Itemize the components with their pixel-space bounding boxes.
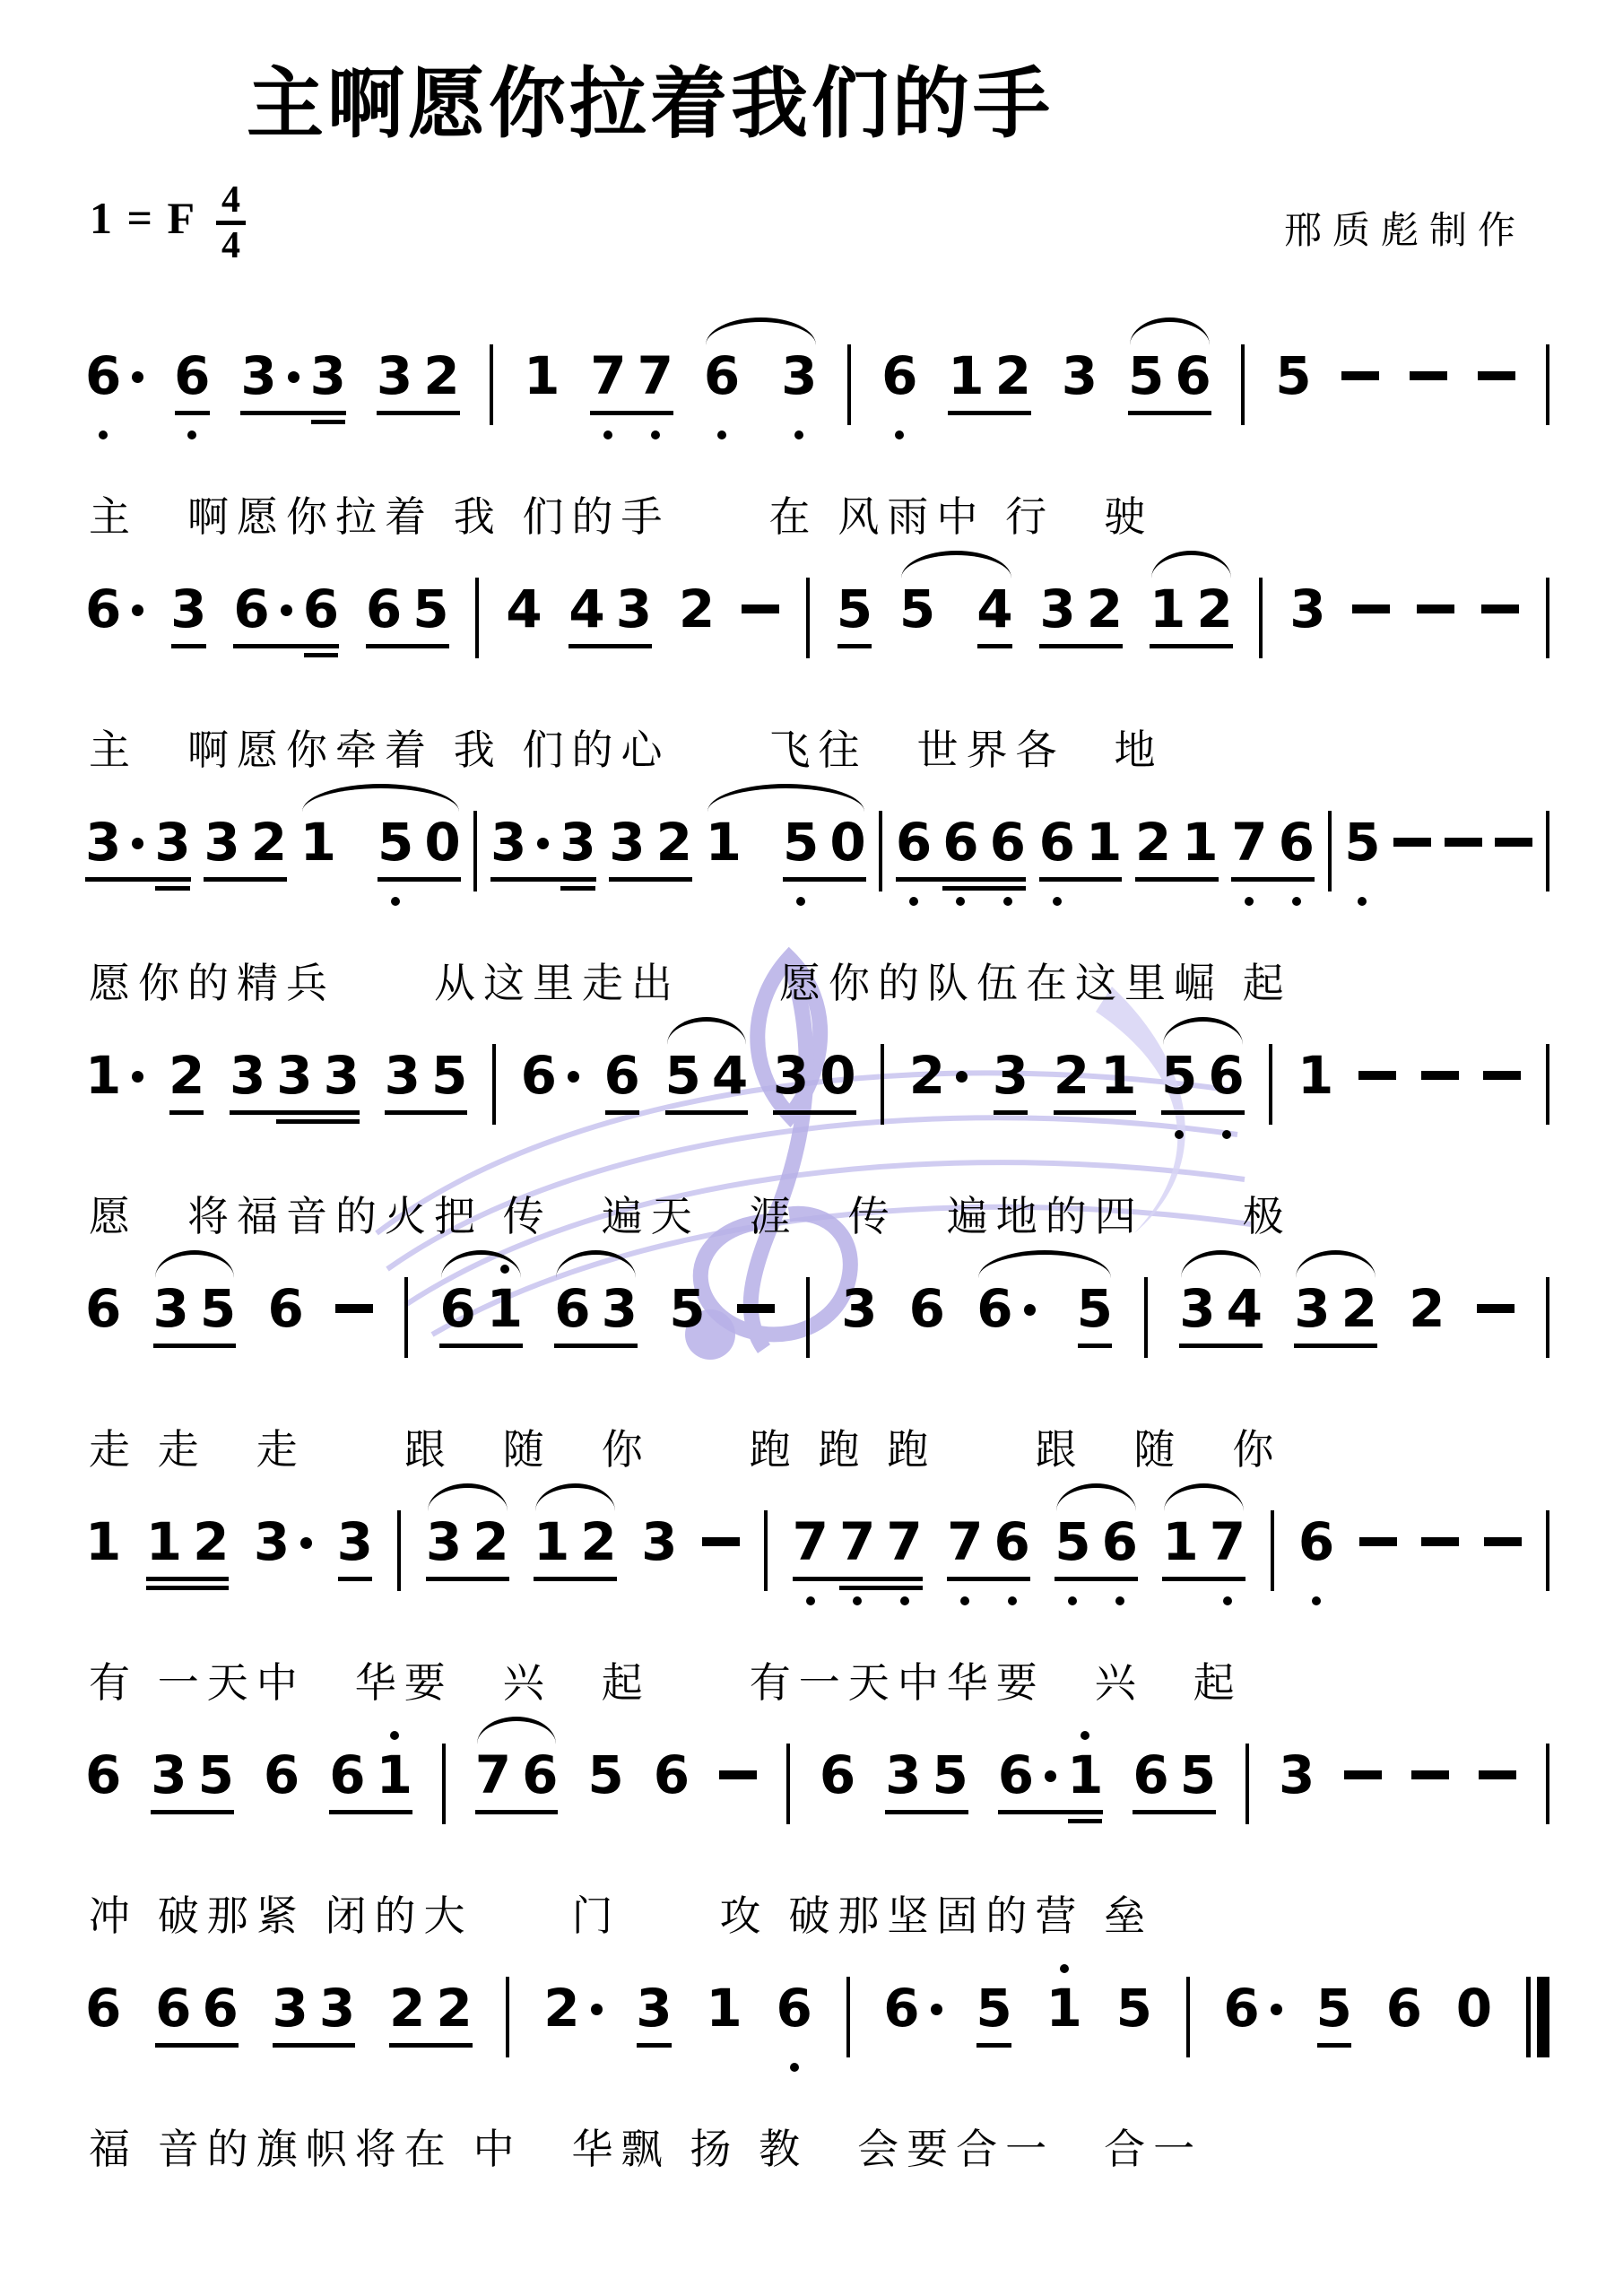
note-digit: 6 <box>303 581 339 637</box>
barline <box>879 811 882 891</box>
note-digit: 3 <box>153 1281 189 1336</box>
composer-credit: 邢质彪制作 <box>1284 201 1526 255</box>
time-signature: 4 4 <box>216 181 246 265</box>
underline <box>385 1110 468 1115</box>
note-digit: 4 <box>976 581 1012 637</box>
barline <box>475 578 479 658</box>
lyrics-line: 冲 破那紧 闭的大 门 攻 破那坚固的营 垒 <box>85 1883 1549 1943</box>
underline <box>998 1810 1104 1814</box>
barline <box>1144 1277 1148 1358</box>
underline <box>1179 1344 1263 1348</box>
beam-group: 21 <box>1135 814 1219 870</box>
slur-arc <box>1151 551 1231 578</box>
barline <box>1271 1510 1274 1591</box>
note: 6 <box>896 814 932 870</box>
underline <box>554 1344 638 1348</box>
slur-arc <box>1296 1250 1376 1278</box>
note: 3 <box>240 348 299 404</box>
note-digit: 2 <box>251 814 287 870</box>
note-digit: 3 <box>85 814 121 870</box>
barline <box>492 1044 496 1125</box>
note-digit: 7 <box>475 1747 511 1803</box>
barline <box>1328 811 1332 891</box>
octave-dot-high <box>1081 1731 1089 1740</box>
augmentation-dot <box>1024 1304 1036 1316</box>
double-underline <box>560 886 595 891</box>
note: 6 <box>1223 1980 1281 2036</box>
note: 3 <box>560 814 595 870</box>
beam-group: 56 <box>1161 1048 1245 1103</box>
note: 1 <box>524 348 560 404</box>
note: 5 <box>200 1281 236 1336</box>
barline <box>1546 1277 1549 1358</box>
duration-dash <box>1478 371 1515 380</box>
barline <box>1546 344 1549 425</box>
note-digit: 6 <box>776 1980 811 2036</box>
note: 1 <box>1162 1514 1198 1570</box>
note-digit: 5 <box>1116 1980 1152 2036</box>
note: 3 <box>310 348 346 404</box>
note-digit: 3 <box>1179 1281 1215 1336</box>
note-digit: 1 <box>1067 1747 1103 1803</box>
note-digit: 7 <box>590 348 626 404</box>
note: 6 <box>85 1281 121 1336</box>
music-line: 635661635366534322走 走 走 跟 随 你 跑 跑 跑 跟 随 … <box>85 1248 1549 1482</box>
note: 5 <box>1180 1747 1216 1803</box>
double-underline <box>942 886 1026 891</box>
octave-dot-low <box>1053 897 1062 906</box>
beam-group: 33 <box>490 814 596 870</box>
beam-group: 65 <box>366 581 449 637</box>
note: 4 <box>568 581 604 637</box>
note-digit: 6 <box>704 348 740 404</box>
beam-group: 54 <box>899 581 1013 637</box>
time-signature-numerator: 4 <box>216 181 246 225</box>
note: 6 <box>554 1281 590 1336</box>
beam-group: 17 <box>1162 1514 1245 1570</box>
note-digit: 5 <box>1275 348 1311 404</box>
note: 5 <box>198 1747 234 1803</box>
augmentation-dot <box>281 604 292 616</box>
note: 5 <box>1344 814 1380 870</box>
underline <box>1317 2043 1351 2048</box>
note: 2 <box>1087 581 1123 637</box>
note: 6 <box>521 1048 579 1103</box>
duration-dash <box>1344 1770 1382 1779</box>
note: 7 <box>947 1514 983 1570</box>
octave-dot-low <box>1292 897 1301 906</box>
note: 6 <box>439 1281 475 1336</box>
note-digit: 3 <box>1039 581 1075 637</box>
underline <box>175 411 209 415</box>
note-digit: 3 <box>560 814 595 870</box>
note-digit: 1 <box>524 348 560 404</box>
note: 6 <box>85 581 143 637</box>
duration-dash <box>1359 1537 1397 1546</box>
note: 5 <box>1316 1980 1352 2036</box>
note: 6 <box>1279 814 1315 870</box>
note-digit: 2 <box>580 1514 616 1570</box>
note-digit: 5 <box>1077 1281 1113 1336</box>
note-digit: 3 <box>385 1048 421 1103</box>
note: 6 <box>202 1980 238 2036</box>
barline <box>1245 1744 1249 1824</box>
note-digit: 3 <box>781 348 817 404</box>
note-digit: 6 <box>233 581 269 637</box>
barline <box>1546 811 1549 891</box>
notes-row: 11233321237777656176 <box>85 1482 1549 1650</box>
duration-dash <box>1481 604 1519 613</box>
barline <box>764 1510 768 1591</box>
note-digit: 3 <box>1294 1281 1330 1336</box>
note: 1 <box>534 1514 569 1570</box>
beam-group: 35 <box>151 1747 234 1803</box>
augmentation-dot <box>568 1071 579 1083</box>
note: 7 <box>1210 1514 1245 1570</box>
beam-group: 32 <box>204 814 287 870</box>
augmentation-dot <box>537 838 549 849</box>
underline <box>1078 1344 1112 1348</box>
note-digit: 0 <box>820 1048 855 1103</box>
duration-dash <box>1411 1770 1449 1779</box>
note-digit: 1 <box>1150 581 1185 637</box>
note: 2 <box>1135 814 1171 870</box>
note-digit: 1 <box>85 1514 121 1570</box>
underline <box>1135 877 1219 882</box>
note-digit: 6 <box>994 1514 1030 1570</box>
note: 6 <box>776 1980 811 2036</box>
double-underline <box>839 1586 923 1590</box>
note-digit: 6 <box>942 814 978 870</box>
octave-dot-low <box>796 897 805 906</box>
beam-group: 76 <box>475 1747 559 1803</box>
note: 5 <box>412 581 448 637</box>
note: 5 <box>932 1747 968 1803</box>
underline <box>1039 877 1123 882</box>
note-digit: 3 <box>490 814 526 870</box>
note: 6 <box>1133 1747 1168 1803</box>
double-underline <box>276 1119 360 1124</box>
octave-dot-low <box>1003 897 1012 906</box>
note: 6 <box>1298 1514 1334 1570</box>
note-digit: 1 <box>948 348 984 404</box>
note-digit: 6 <box>998 1747 1034 1803</box>
octave-dot-low <box>1008 1596 1017 1605</box>
note-digit: 6 <box>820 1747 855 1803</box>
octave-dot-low <box>717 430 726 439</box>
note-digit: 3 <box>230 1048 265 1103</box>
barline <box>1259 578 1263 658</box>
underline <box>1039 644 1123 648</box>
underline <box>439 1344 523 1348</box>
note-digit: 0 <box>829 814 865 870</box>
slur-arc <box>1130 317 1210 345</box>
note-digit: 2 <box>543 1980 579 2036</box>
beam-group: 34 <box>1179 1281 1263 1336</box>
music-line: 333215033321506666121765愿你的精兵 从这里走出 愿你的队… <box>85 782 1549 1015</box>
underline <box>637 2043 671 2048</box>
barline <box>1546 1510 1549 1591</box>
barline <box>846 1977 850 2057</box>
note-digit: 1 <box>377 1747 412 1803</box>
augmentation-dot <box>132 604 143 616</box>
note-digit: 6 <box>990 814 1026 870</box>
notes-row: 12333356654302321561 <box>85 1015 1549 1184</box>
augmentation-dot <box>931 2004 942 2015</box>
note: 3 <box>230 1048 265 1103</box>
note-digit: 6 <box>1039 814 1075 870</box>
note-digit: 3 <box>324 1048 360 1103</box>
beam-group: 61 <box>998 1747 1104 1803</box>
note: 1 <box>300 814 336 870</box>
note: 6 <box>155 1980 191 2036</box>
octave-dot-low <box>1245 897 1254 906</box>
note-digit: 3 <box>276 1048 312 1103</box>
note-digit: 3 <box>1289 581 1325 637</box>
underline <box>994 1110 1028 1115</box>
note: 1 <box>1100 1048 1136 1103</box>
beam-group: 333 <box>230 1048 360 1103</box>
beam-group: 63 <box>554 1281 638 1336</box>
note: 3 <box>490 814 549 870</box>
beam-group: 66 <box>942 814 1026 870</box>
note-digit: 0 <box>1456 1980 1492 2036</box>
note: 3 <box>85 814 143 870</box>
double-underline <box>146 1586 230 1590</box>
note: 1 <box>1046 1980 1081 2036</box>
underline <box>885 1810 968 1814</box>
underline <box>230 1110 360 1115</box>
note-digit: 2 <box>909 1048 945 1103</box>
note: 6 <box>85 1747 121 1803</box>
note: 6 <box>1386 1980 1422 2036</box>
note: 6 <box>267 1281 303 1336</box>
beam-group: 30 <box>773 1048 856 1103</box>
beam-group: 63 <box>704 348 818 404</box>
underline <box>948 411 1031 415</box>
score: 663332177636123565主 啊愿你拉着 我 们的手 在 风雨中 行 … <box>85 316 1549 2181</box>
note: 3 <box>641 1514 677 1570</box>
note: 6 <box>704 348 740 404</box>
music-line: 11233321237777656176有 一天中 华要 兴 起 有一天中华要 … <box>85 1482 1549 1715</box>
beam-group: 66 <box>155 1980 239 2036</box>
beam-group: 12 <box>948 348 1031 404</box>
augmentation-dot <box>591 2004 603 2015</box>
beam-group: 50 <box>783 814 866 870</box>
underline <box>377 411 460 415</box>
note: 4 <box>976 581 1012 637</box>
barline <box>1546 1044 1549 1125</box>
note: 4 <box>1227 1281 1263 1336</box>
note-digit: 2 <box>193 1514 229 1570</box>
barline <box>1269 1044 1272 1125</box>
beam-group: 12 <box>146 1514 230 1570</box>
note-digit: 6 <box>439 1281 475 1336</box>
lyrics-line: 愿 将福音的火把 传 遍天 涯 传 遍地的四 极 <box>85 1184 1549 1243</box>
note-digit: 7 <box>886 1514 922 1570</box>
note: 2 <box>679 581 715 637</box>
octave-dot-low <box>806 1596 815 1605</box>
octave-dot-low <box>1222 1130 1231 1139</box>
note-digit: 2 <box>1341 1281 1377 1336</box>
final-barline <box>1526 1977 1549 2057</box>
note-digit: 5 <box>200 1281 236 1336</box>
note: 2 <box>251 814 287 870</box>
note-digit: 5 <box>412 581 448 637</box>
octave-dot-low <box>895 430 904 439</box>
note: 2 <box>995 348 1031 404</box>
note-digit: 5 <box>587 1747 623 1803</box>
octave-dot-low <box>1312 1596 1321 1605</box>
duration-dash <box>1495 838 1532 847</box>
note-digit: 3 <box>885 1747 921 1803</box>
note: 3 <box>773 1048 809 1103</box>
note: 5 <box>1161 1048 1197 1103</box>
note: 3 <box>1062 348 1098 404</box>
note-digit: 6 <box>267 1281 303 1336</box>
note-digit: 6 <box>883 1980 919 2036</box>
barline <box>1546 578 1549 658</box>
note-digit: 3 <box>426 1514 462 1570</box>
beam-group: 666 <box>896 814 1026 870</box>
note-digit: 5 <box>665 1048 701 1103</box>
note: 4 <box>506 581 542 637</box>
octave-dot-low <box>391 897 400 906</box>
note: 1 <box>377 1747 412 1803</box>
beam-group: 54 <box>665 1048 749 1103</box>
note: 6 <box>654 1747 690 1803</box>
note: 2 <box>423 348 459 404</box>
note: 3 <box>151 1747 187 1803</box>
underline <box>534 1577 617 1581</box>
note: 3 <box>885 1747 921 1803</box>
octave-dot-low <box>960 1596 969 1605</box>
duration-dash <box>1483 1071 1521 1080</box>
duration-dash <box>1393 838 1431 847</box>
note-digit: 4 <box>1227 1281 1263 1336</box>
underline <box>783 877 866 882</box>
note: 5 <box>976 1980 1011 2036</box>
note: 7 <box>590 348 626 404</box>
note-digit: 2 <box>656 814 692 870</box>
note: 3 <box>1294 1281 1330 1336</box>
note-digit: 3 <box>1062 348 1098 404</box>
note: 6 <box>303 581 339 637</box>
octave-dot-low <box>651 430 660 439</box>
note: 5 <box>669 1281 705 1336</box>
note: 1 <box>1067 1747 1103 1803</box>
double-underline <box>311 420 345 424</box>
underline <box>609 877 692 882</box>
note-digit: 2 <box>1054 1048 1089 1103</box>
beam-group: 77 <box>590 348 673 404</box>
barline <box>490 344 493 425</box>
underline <box>896 877 1026 882</box>
note-digit: 6 <box>1133 1747 1168 1803</box>
underline <box>1161 1110 1245 1115</box>
beam-group: 32 <box>1039 581 1123 637</box>
slur-arc <box>706 317 816 345</box>
slur-arc <box>707 784 864 812</box>
note: 5 <box>899 581 935 637</box>
note-digit: 2 <box>679 581 715 637</box>
note-digit: 1 <box>85 1048 121 1103</box>
note-digit: 3 <box>254 1514 290 1570</box>
underline <box>426 1577 509 1581</box>
note-digit: 6 <box>881 348 917 404</box>
note: 5 <box>378 814 413 870</box>
note-digit: 3 <box>993 1048 1028 1103</box>
note-digit: 2 <box>995 348 1031 404</box>
note-digit: 3 <box>602 1281 638 1336</box>
note: 1 <box>1086 814 1122 870</box>
note-digit: 6 <box>1386 1980 1422 2036</box>
barline <box>1241 344 1245 425</box>
duration-dash <box>1341 371 1379 380</box>
beam-group: 35 <box>885 1747 968 1803</box>
music-line: 663332177636123565主 啊愿你拉着 我 们的手 在 风雨中 行 … <box>85 316 1549 549</box>
beam-group: 66 <box>233 581 339 637</box>
underline <box>366 644 449 648</box>
beam-group: 35 <box>385 1048 468 1103</box>
note: 6 <box>976 1281 1035 1336</box>
note: 3 <box>602 1281 638 1336</box>
note-digit: 6 <box>976 1281 1012 1336</box>
underline <box>389 2043 473 2048</box>
note-digit: 1 <box>300 814 336 870</box>
beam-group: 61 <box>1039 814 1123 870</box>
note-digit: 7 <box>1231 814 1267 870</box>
note: 6 <box>994 1514 1030 1570</box>
note-digit: 5 <box>431 1048 467 1103</box>
duration-dash <box>1358 1071 1396 1080</box>
lyrics-line: 有 一天中 华要 兴 起 有一天中华要 兴 起 <box>85 1650 1549 1709</box>
barline <box>473 811 477 891</box>
note: 1 <box>948 348 984 404</box>
note-digit: 7 <box>793 1514 829 1570</box>
note: 5 <box>431 1048 467 1103</box>
note-digit: 6 <box>85 1980 121 2036</box>
note: 6 <box>233 581 291 637</box>
note-digit: 3 <box>641 1514 677 1570</box>
note: 3 <box>616 581 652 637</box>
underline <box>793 1577 923 1581</box>
note-digit: 7 <box>638 348 673 404</box>
note: 5 <box>587 1747 623 1803</box>
note: 2 <box>389 1980 425 2036</box>
note-digit: 6 <box>155 1980 191 2036</box>
note-digit: 1 <box>1086 814 1122 870</box>
note: 2 <box>580 1514 616 1570</box>
underline <box>338 1577 372 1581</box>
note-digit: 6 <box>1208 1048 1244 1103</box>
note-digit: 5 <box>932 1747 968 1803</box>
lyrics-line: 主 啊愿你拉着 我 们的手 在 风雨中 行 驶 <box>85 484 1549 544</box>
duration-dash <box>1445 838 1482 847</box>
note-digit: 5 <box>783 814 819 870</box>
barline <box>881 1044 884 1125</box>
final-barline-thick <box>1537 1977 1549 2057</box>
note-digit: 5 <box>378 814 413 870</box>
note-digit: 1 <box>706 814 742 870</box>
note: 3 <box>426 1514 462 1570</box>
note-digit: 5 <box>1180 1747 1216 1803</box>
octave-dot-low <box>1068 1596 1077 1605</box>
augmentation-dot <box>132 371 143 383</box>
duration-dash <box>1421 1071 1459 1080</box>
note-digit: 3 <box>240 348 276 404</box>
lyrics-line: 走 走 走 跟 随 你 跑 跑 跑 跟 随 你 <box>85 1417 1549 1476</box>
